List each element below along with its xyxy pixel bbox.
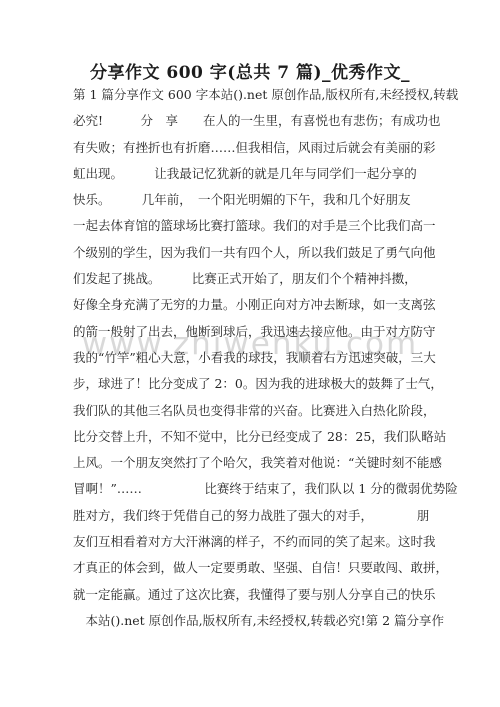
text-line: 的箭一般射了出去，他断到球后，我迅速去接应他。由于对方防守	[73, 319, 433, 345]
text-line: 快乐。 几年前， 一个阳光明媚的下午，我和几个好朋友	[73, 187, 433, 213]
text-line: 步，球进了！比分变成了 2：0。因为我的进球极大的鼓舞了士气，	[73, 371, 433, 397]
text-line: 必究! 分 享 在人的一生里，有喜悦也有悲伤；有成功也	[73, 108, 433, 134]
text-line: 上风。一个朋友突然打了个哈欠，我笑着对他说：“关键时刻不能感	[73, 450, 433, 476]
text-line: 友们互相看着对方大汗淋漓的样子，不约而同的笑了起来。这时我	[73, 529, 433, 555]
document-page: www.zhiwenku.com 分享作文 600 字(总共 7 篇)_优秀作文…	[0, 0, 500, 707]
text-line: 第 1 篇分享作文 600 字本站().net 原创作品,版权所有,未经授权,转…	[73, 82, 433, 108]
text-line: 我们队的其他三名队员也变得非常的兴奋。比赛进入白热化阶段，	[73, 398, 433, 424]
document-body: 第 1 篇分享作文 600 字本站().net 原创作品,版权所有,未经授权,转…	[73, 82, 433, 634]
text-line: 好像全身充满了无穷的力量。小刚正向对方冲去断球，如一支离弦	[73, 292, 433, 318]
text-line: 比分交替上升，不知不觉中，比分已经变成了 28：25，我们队略站	[73, 424, 433, 450]
document-title: 分享作文 600 字(总共 7 篇)_优秀作文_	[0, 58, 500, 83]
text-line: 胜对方，我们终于凭借自己的努力战胜了强大的对手， 朋	[73, 503, 433, 529]
text-line: 虹出现。 让我最记忆犹新的就是几年与同学们一起分享的	[73, 161, 433, 187]
text-line: 有失败；有挫折也有折磨……但我相信，风雨过后就会有美丽的彩	[73, 135, 433, 161]
text-line: 们发起了挑战。 比赛正式开始了，朋友们个个精神抖擞，	[73, 266, 433, 292]
text-line: 冒啊！”…… 比赛终于结束了，我们队以 1 分的微弱优势险	[73, 476, 433, 502]
text-line: 个级别的学生，因为我们一共有四个人，所以我们鼓足了勇气向他	[73, 240, 433, 266]
text-line: 才真正的体会到，做人一定要勇敢、坚强、自信！只要敢闯、敢拼，	[73, 555, 433, 581]
text-line: 本站().net 原创作品,版权所有,未经授权,转载必究!第 2 篇分享作	[73, 608, 433, 634]
text-line: 一起去体育馆的篮球场比赛打篮球。我们的对手是三个比我们高一	[73, 213, 433, 239]
text-line: 就一定能赢。通过了这次比赛，我懂得了要与别人分享自己的快乐	[73, 582, 433, 608]
text-line: 我的“竹竿”粗心大意，小看我的球技，我顺着右方迅速突破，三大	[73, 345, 433, 371]
